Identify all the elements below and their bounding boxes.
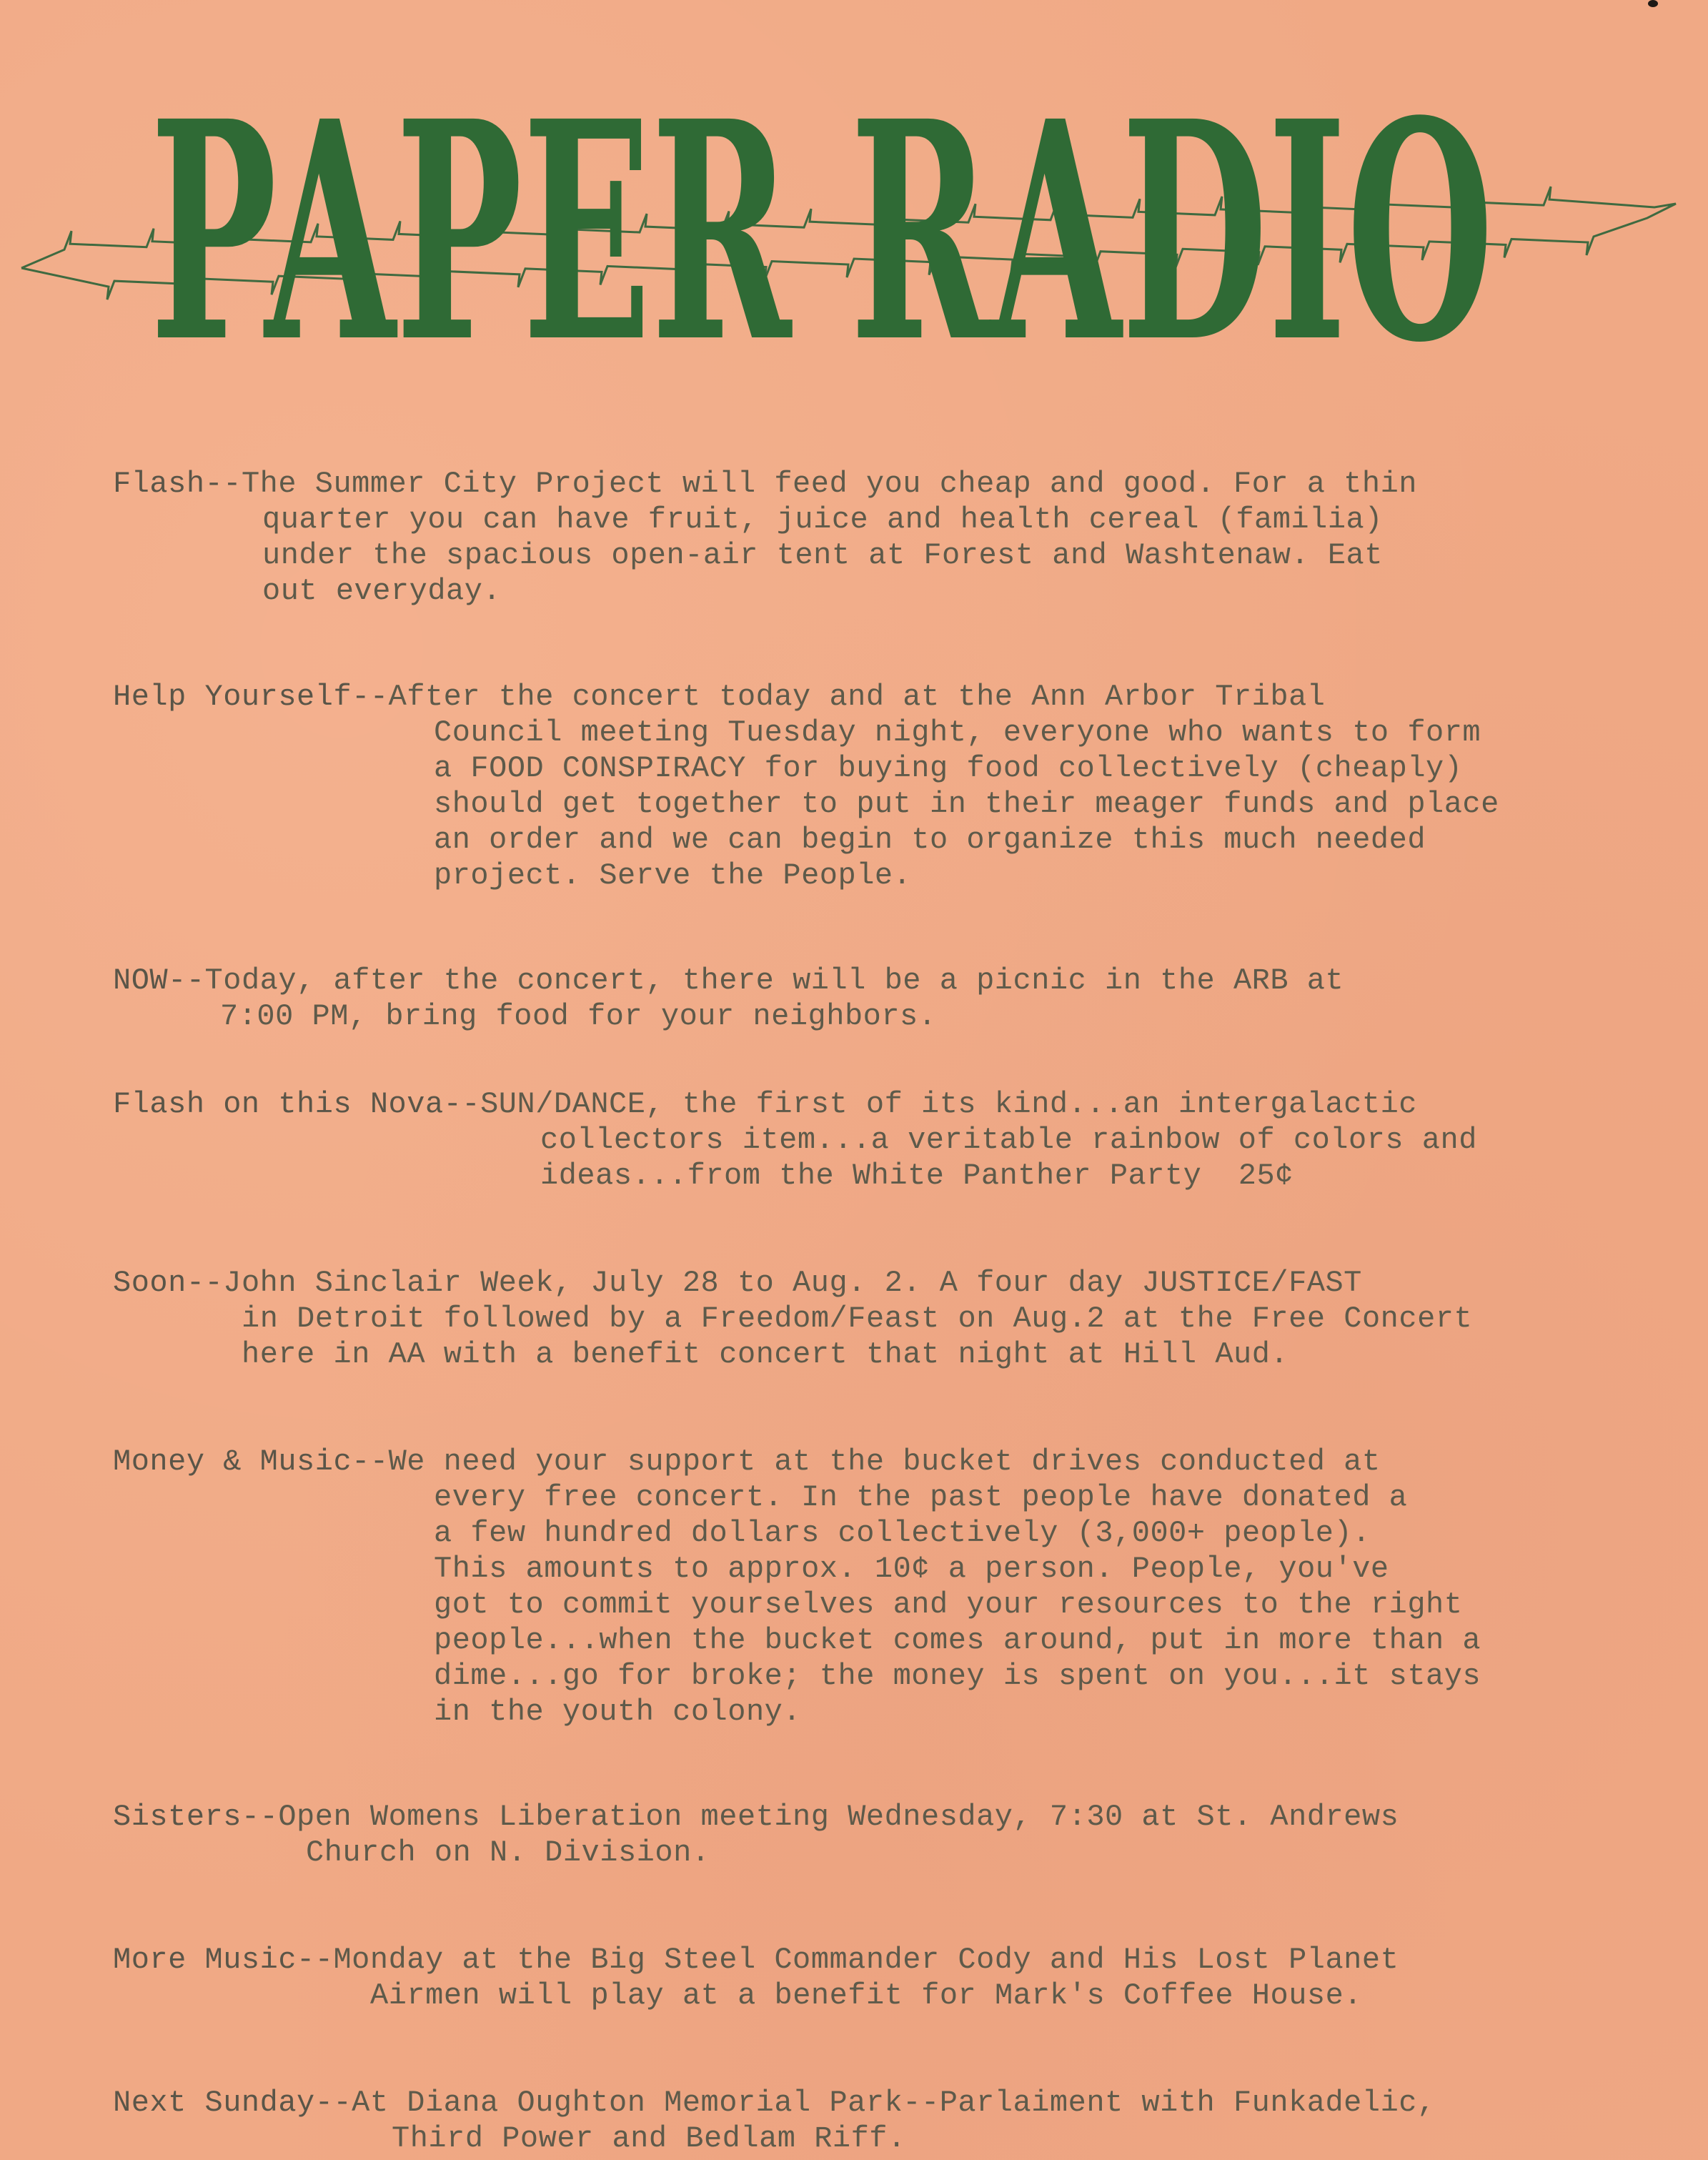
entry-heading: NOW-- (113, 963, 205, 998)
entry-line: here in AA with a benefit concert that n… (113, 1337, 1472, 1372)
entry-line: got to commit yourselves and your resour… (113, 1587, 1481, 1623)
entry-line: Soon--John Sinclair Week, July 28 to Aug… (113, 1265, 1472, 1301)
entry-text: Third Power and Bedlam Riff. (392, 2121, 906, 2156)
entry-text: in Detroit followed by a Freedom/Feast o… (242, 1302, 1472, 1336)
entry-text: a few hundred dollars collectively (3,00… (434, 1516, 1371, 1550)
entry-heading: More Music-- (113, 1943, 333, 1977)
entry-text: After the concert today and at the Ann A… (389, 680, 1326, 714)
entry-line: Next Sunday--At Diana Oughton Memorial P… (113, 2085, 1436, 2121)
masthead-graphic: PAPER RADIO (0, 71, 1708, 357)
entry-text: dime...go for broke; the money is spent … (434, 1659, 1481, 1693)
masthead: PAPER RADIO (0, 71, 1708, 357)
entry-text: under the spacious open-air tent at Fore… (262, 538, 1383, 573)
entry-text: Church on N. Division. (306, 1835, 710, 1870)
entry-text: Today, after the concert, there will be … (205, 963, 1344, 998)
entry-line: quarter you can have fruit, juice and he… (113, 502, 1417, 537)
entry-text: This amounts to approx. 10¢ a person. Pe… (434, 1552, 1389, 1586)
entry-line: NOW--Today, after the concert, there wil… (113, 963, 1344, 999)
bulletin-entry: Next Sunday--At Diana Oughton Memorial P… (113, 2085, 1436, 2156)
entry-text: We need your support at the bucket drive… (389, 1445, 1381, 1479)
entry-text: should get together to put in their meag… (434, 787, 1499, 821)
entry-line: 7:00 PM, bring food for your neighbors. (113, 999, 1344, 1034)
entry-line: a few hundred dollars collectively (3,00… (113, 1515, 1481, 1551)
entry-line: Help Yourself--After the concert today a… (113, 679, 1499, 715)
entry-text: Open Womens Liberation meeting Wednesday… (278, 1800, 1399, 1834)
entry-text: every free concert. In the past people h… (434, 1480, 1407, 1515)
entry-line: project. Serve the People. (113, 858, 1499, 893)
entry-heading: Sisters-- (113, 1800, 278, 1834)
entry-line: collectors item...a veritable rainbow of… (113, 1122, 1477, 1158)
entry-line: Sisters--Open Womens Liberation meeting … (113, 1799, 1399, 1835)
entry-text: got to commit yourselves and your resour… (434, 1587, 1462, 1622)
entry-text: 7:00 PM, bring food for your neighbors. (220, 999, 936, 1034)
entry-text: people...when the bucket comes around, p… (434, 1623, 1481, 1658)
entry-text: project. Serve the People. (434, 858, 911, 893)
entry-line: an order and we can begin to organize th… (113, 822, 1499, 858)
entry-line: ideas...from the White Panther Party 25¢ (113, 1158, 1477, 1194)
entry-line: Flash on this Nova--SUN/DANCE, the first… (113, 1086, 1477, 1122)
entry-line: Church on N. Division. (113, 1835, 1399, 1871)
entry-text: quarter you can have fruit, juice and he… (262, 502, 1383, 537)
entry-text: here in AA with a benefit concert that n… (242, 1337, 1289, 1372)
entry-line: Council meeting Tuesday night, everyone … (113, 715, 1499, 750)
bulletin-entry: Help Yourself--After the concert today a… (113, 679, 1499, 893)
entry-text: a FOOD CONSPIRACY for buying food collec… (434, 751, 1462, 786)
entry-line: More Music--Monday at the Big Steel Comm… (113, 1942, 1399, 1978)
entry-line: dime...go for broke; the money is spent … (113, 1658, 1481, 1694)
entry-text: SUN/DANCE, the first of its kind...an in… (480, 1087, 1417, 1121)
entry-line: This amounts to approx. 10¢ a person. Pe… (113, 1551, 1481, 1587)
corner-ink-mark (1648, 0, 1658, 7)
entry-heading: Help Yourself-- (113, 680, 389, 714)
entry-text: Monday at the Big Steel Commander Cody a… (333, 1943, 1399, 1977)
entry-text: At Diana Oughton Memorial Park--Parlaime… (352, 2086, 1436, 2120)
entry-text: out everyday. (262, 574, 501, 608)
entry-heading: Next Sunday-- (113, 2086, 352, 2120)
bulletin-entry: Soon--John Sinclair Week, July 28 to Aug… (113, 1265, 1472, 1372)
entry-text: Airmen will play at a benefit for Mark's… (370, 1978, 1362, 2013)
masthead-title: PAPER RADIO (150, 71, 1494, 357)
entry-line: people...when the bucket comes around, p… (113, 1623, 1481, 1658)
bulletin-entry: NOW--Today, after the concert, there wil… (113, 963, 1344, 1034)
entry-line: Flash--The Summer City Project will feed… (113, 466, 1417, 502)
bulletin-entry: Money & Music--We need your support at t… (113, 1444, 1481, 1730)
entry-text: The Summer City Project will feed you ch… (242, 467, 1417, 501)
entry-line: in Detroit followed by a Freedom/Feast o… (113, 1301, 1472, 1337)
entry-text: John Sinclair Week, July 28 to Aug. 2. A… (223, 1266, 1362, 1300)
entry-line: Money & Music--We need your support at t… (113, 1444, 1481, 1480)
entry-line: in the youth colony. (113, 1694, 1481, 1730)
entry-text: in the youth colony. (434, 1695, 801, 1729)
entry-line: a FOOD CONSPIRACY for buying food collec… (113, 750, 1499, 786)
bulletin-entry: Sisters--Open Womens Liberation meeting … (113, 1799, 1399, 1871)
entry-line: should get together to put in their meag… (113, 786, 1499, 822)
entry-text: Council meeting Tuesday night, everyone … (434, 715, 1481, 750)
entry-line: Airmen will play at a benefit for Mark's… (113, 1978, 1399, 2013)
entry-heading: Flash on this Nova-- (113, 1087, 480, 1121)
entry-heading: Soon-- (113, 1266, 223, 1300)
entry-text: ideas...from the White Panther Party 25¢ (540, 1159, 1294, 1193)
entry-line: under the spacious open-air tent at Fore… (113, 537, 1417, 573)
bulletin-entry: Flash--The Summer City Project will feed… (113, 466, 1417, 609)
entry-line: every free concert. In the past people h… (113, 1480, 1481, 1515)
entry-heading: Money & Music-- (113, 1445, 389, 1479)
entry-line: out everyday. (113, 573, 1417, 609)
entry-heading: Flash-- (113, 467, 242, 501)
entry-text: collectors item...a veritable rainbow of… (540, 1123, 1477, 1157)
bulletin-entry: Flash on this Nova--SUN/DANCE, the first… (113, 1086, 1477, 1194)
entry-line: Third Power and Bedlam Riff. (113, 2121, 1436, 2156)
entry-text: an order and we can begin to organize th… (434, 823, 1426, 857)
bulletin-entry: More Music--Monday at the Big Steel Comm… (113, 1942, 1399, 2013)
